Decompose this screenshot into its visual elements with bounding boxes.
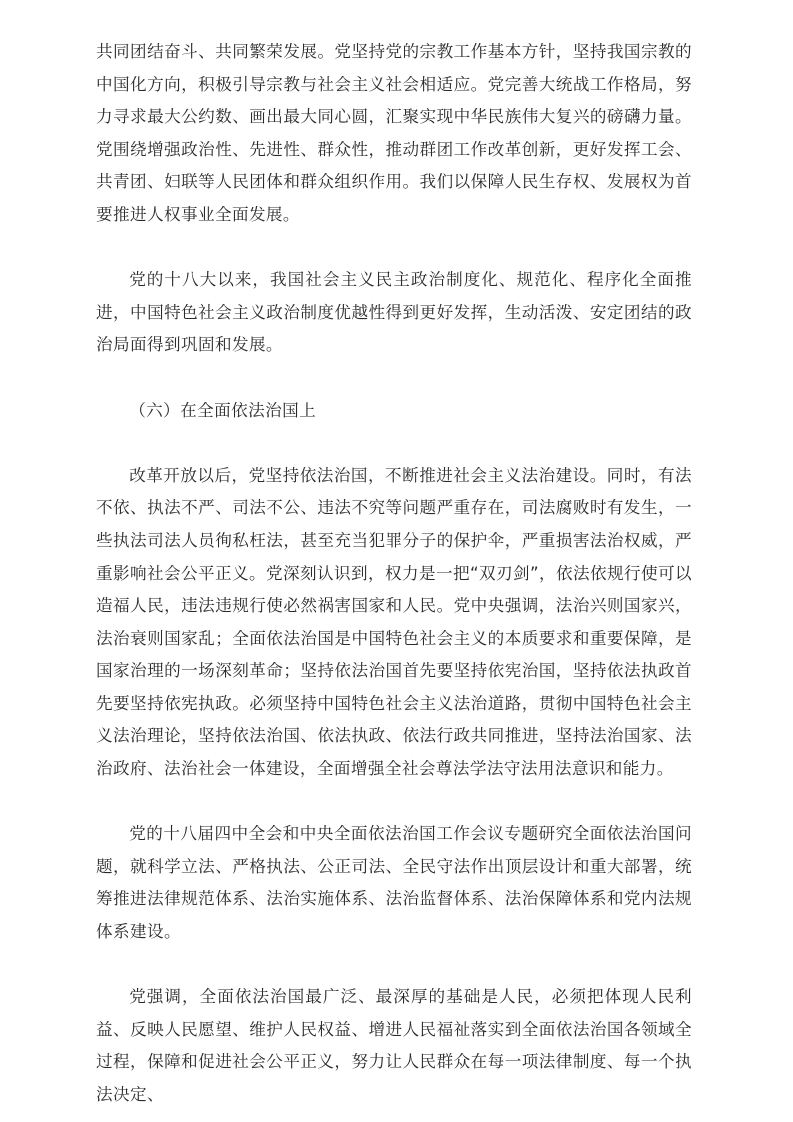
paragraph-democracy-progress: 党的十八大以来，我国社会主义民主政治制度化、规范化、程序化全面推进，中国特色社会… <box>96 264 692 362</box>
paragraph-people-foundation: 党强调，全面依法治国最广泛、最深厚的基础是人民，必须把体现人民利益、反映人民愿望… <box>96 981 692 1111</box>
paragraph-gap <box>96 362 692 395</box>
paragraph-gap <box>96 949 692 982</box>
section-heading-rule-of-law: （六）在全面依法治国上 <box>96 395 692 428</box>
paragraph-gap <box>96 786 692 819</box>
paragraph-religion-united-front: 共同团结奋斗、共同繁荣发展。党坚持党的宗教工作基本方针，坚持我国宗教的中国化方向… <box>96 36 692 232</box>
paragraph-fourth-plenum: 党的十八届四中全会和中央全面依法治国工作会议专题研究全面依法治国问题，就科学立法… <box>96 818 692 948</box>
paragraph-gap <box>96 427 692 460</box>
document-page: 共同团结奋斗、共同繁荣发展。党坚持党的宗教工作基本方针，坚持我国宗教的中国化方向… <box>96 36 692 1112</box>
paragraph-rule-of-law-after-reform: 改革开放以后，党坚持依法治国，不断推进社会主义法治建设。同时，有法不依、执法不严… <box>96 460 692 786</box>
paragraph-gap <box>96 232 692 265</box>
